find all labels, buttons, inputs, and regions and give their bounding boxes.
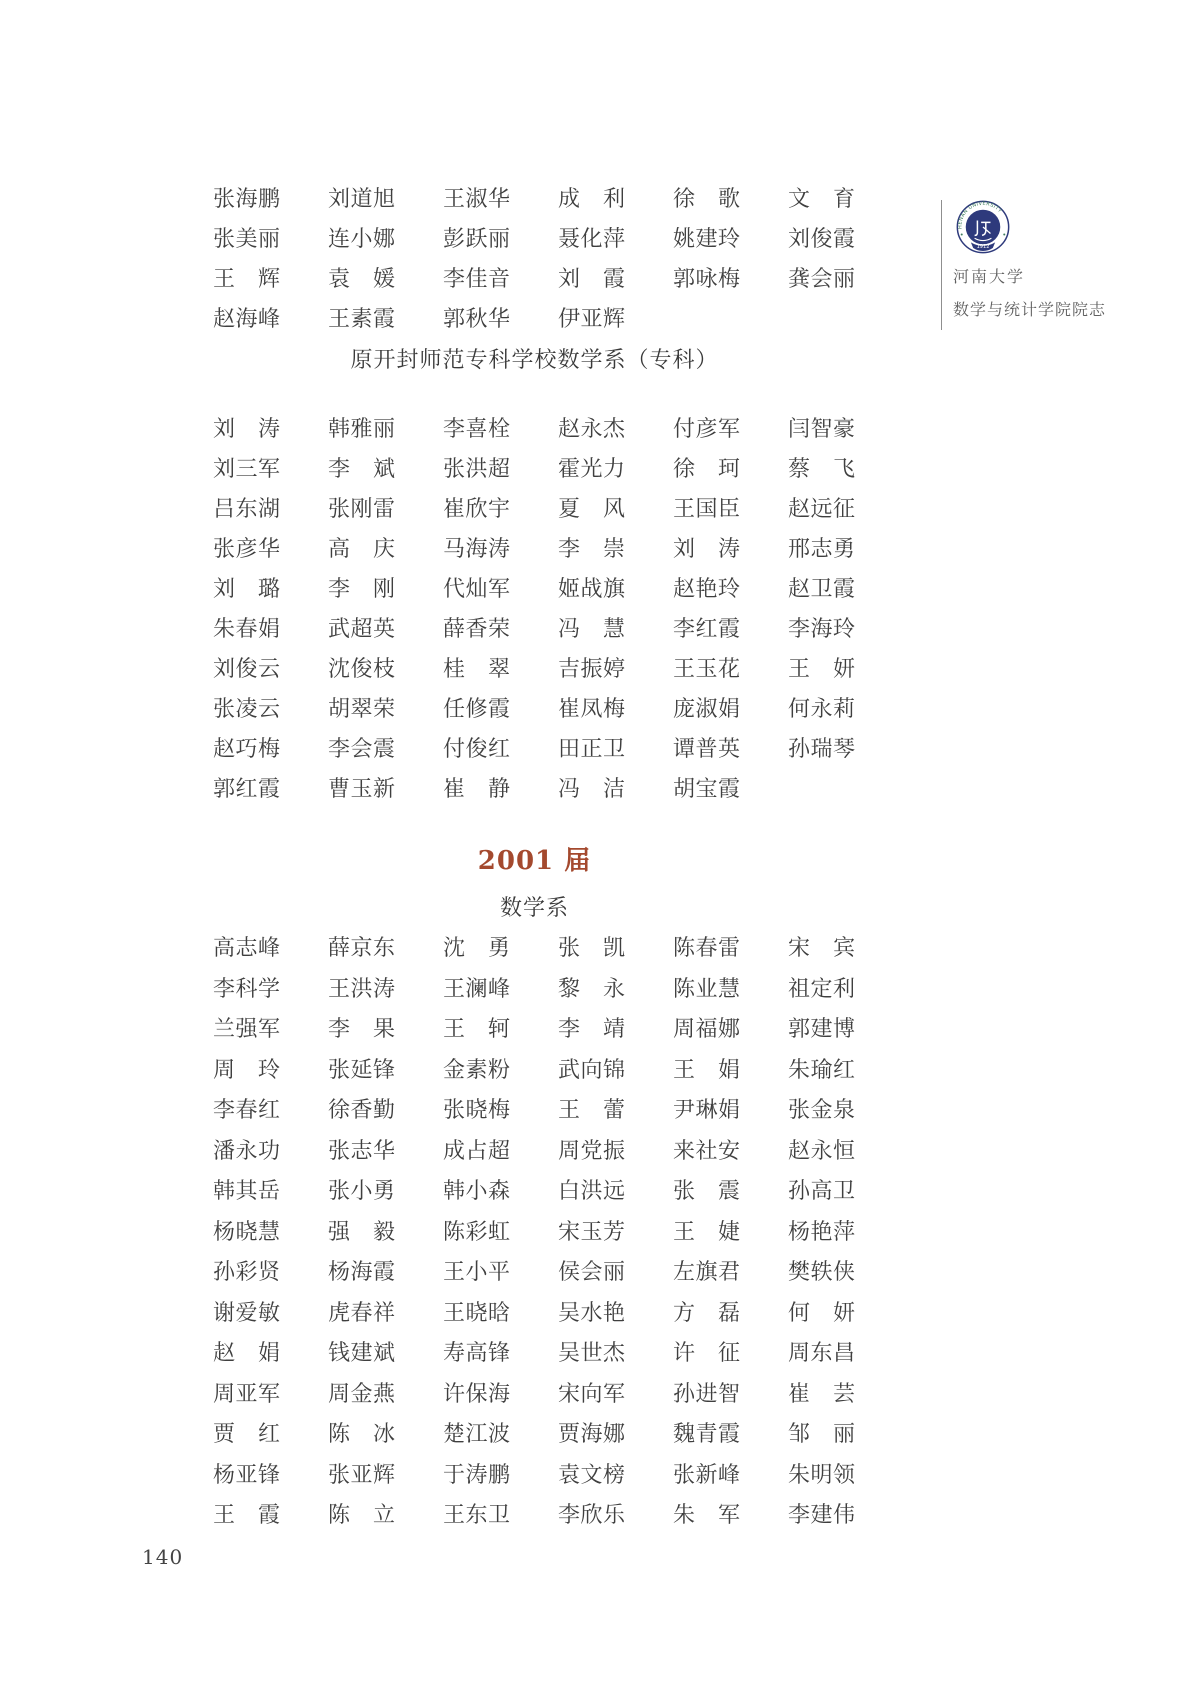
graduate-name: 寿高锋 bbox=[443, 1343, 511, 1365]
graduate-name: 陈 立 bbox=[328, 1505, 396, 1527]
graduate-name: 王 娟 bbox=[673, 1060, 741, 1082]
graduate-name: 袁 媛 bbox=[328, 269, 396, 291]
graduate-name: 成占超 bbox=[443, 1141, 511, 1163]
graduate-name: 周亚军 bbox=[213, 1384, 281, 1406]
graduate-name: 徐 珂 bbox=[673, 459, 741, 481]
graduate-name: 李会震 bbox=[328, 739, 396, 761]
graduate-name: 王素霞 bbox=[328, 309, 396, 331]
graduate-name: 王晓晗 bbox=[443, 1303, 511, 1325]
graduate-name: 楚江波 bbox=[443, 1424, 511, 1446]
graduate-name: 张洪超 bbox=[443, 459, 511, 481]
section-heading-kaifeng-normal-college: 原开封师范专科学校数学系（专科） bbox=[213, 343, 856, 374]
graduate-name: 李春红 bbox=[213, 1100, 281, 1122]
graduate-name: 魏青霞 bbox=[673, 1424, 741, 1446]
graduate-name: 张凌云 bbox=[213, 699, 281, 721]
graduate-name: 李海玲 bbox=[788, 619, 856, 641]
graduate-name: 李 崇 bbox=[558, 539, 626, 561]
graduate-name: 冯 洁 bbox=[558, 779, 626, 801]
graduate-name: 曹玉新 bbox=[328, 779, 396, 801]
graduate-name: 刘三军 bbox=[213, 459, 281, 481]
graduate-name: 宋向军 bbox=[558, 1384, 626, 1406]
graduate-name: 李 刚 bbox=[328, 579, 396, 601]
graduate-name: 霍光力 bbox=[558, 459, 626, 481]
graduate-name: 赵巧梅 bbox=[213, 739, 281, 761]
graduate-name: 王 蕾 bbox=[558, 1100, 626, 1122]
graduate-name: 薛香荣 bbox=[443, 619, 511, 641]
graduate-name: 桂 翠 bbox=[443, 659, 511, 681]
graduate-name: 李红霞 bbox=[673, 619, 741, 641]
graduate-name: 崔 静 bbox=[443, 779, 511, 801]
graduate-name: 邹 丽 bbox=[788, 1424, 856, 1446]
graduate-name: 赵远征 bbox=[788, 499, 856, 521]
graduate-name: 王东卫 bbox=[443, 1505, 511, 1527]
graduate-name: 刘 涛 bbox=[213, 419, 281, 441]
graduate-name: 金素粉 bbox=[443, 1060, 511, 1082]
graduate-name: 刘 璐 bbox=[213, 579, 281, 601]
henan-university-seal-icon: HENAN UNIVERSITY 1912 bbox=[955, 199, 1011, 255]
graduate-name: 崔 芸 bbox=[788, 1384, 856, 1406]
graduate-name: 付俊红 bbox=[443, 739, 511, 761]
graduate-name: 张彦华 bbox=[213, 539, 281, 561]
graduate-name: 钱建斌 bbox=[328, 1343, 396, 1365]
graduates-grid-kaifeng: 刘 涛韩雅丽李喜栓赵永杰付彦军闫智豪刘三军李 斌张洪超霍光力徐 珂蔡 飞吕东湖张… bbox=[213, 410, 913, 810]
graduate-name: 赵卫霞 bbox=[788, 579, 856, 601]
graduate-name: 崔凤梅 bbox=[558, 699, 626, 721]
graduate-name: 代灿军 bbox=[443, 579, 511, 601]
graduate-name: 李 斌 bbox=[328, 459, 396, 481]
graduate-name: 李 果 bbox=[328, 1019, 396, 1041]
graduates-grid-2001-math: 高志峰薛京东沈 勇张 凯陈春雷宋 宾李科学王洪涛王澜峰黎 永陈业慧祖定利兰强军李… bbox=[213, 929, 913, 1537]
graduate-name: 陈春雷 bbox=[673, 938, 741, 960]
graduate-name: 张海鹏 bbox=[213, 189, 281, 211]
book-page: 张海鹏刘道旭王淑华成 利徐 歌文 育张美丽连小娜彭跃丽聂化萍姚建玲刘俊霞王 辉袁… bbox=[0, 0, 1190, 1684]
graduate-name: 刘道旭 bbox=[328, 189, 396, 211]
sidebar-divider-line bbox=[941, 200, 942, 330]
graduate-name: 赵海峰 bbox=[213, 309, 281, 331]
graduate-name: 杨晓慧 bbox=[213, 1222, 281, 1244]
graduate-name: 韩小森 bbox=[443, 1181, 511, 1203]
graduate-name: 王淑华 bbox=[443, 189, 511, 211]
graduate-name: 黎 永 bbox=[558, 979, 626, 1001]
graduate-name: 文 育 bbox=[788, 189, 856, 211]
graduate-name: 陈业慧 bbox=[673, 979, 741, 1001]
graduate-name: 张亚辉 bbox=[328, 1465, 396, 1487]
graduate-name: 张晓梅 bbox=[443, 1100, 511, 1122]
graduate-name: 强 毅 bbox=[328, 1222, 396, 1244]
graduate-name: 张志华 bbox=[328, 1141, 396, 1163]
graduate-name: 张刚雷 bbox=[328, 499, 396, 521]
graduate-name: 谢爱敏 bbox=[213, 1303, 281, 1325]
graduate-name: 朱春娟 bbox=[213, 619, 281, 641]
graduate-name: 高志峰 bbox=[213, 938, 281, 960]
graduate-name: 李建伟 bbox=[788, 1505, 856, 1527]
graduate-name: 杨艳萍 bbox=[788, 1222, 856, 1244]
graduate-name: 朱明领 bbox=[788, 1465, 856, 1487]
graduate-name: 吴世杰 bbox=[558, 1343, 626, 1365]
page-number: 140 bbox=[142, 1545, 183, 1569]
graduate-name: 虎春祥 bbox=[328, 1303, 396, 1325]
graduate-name: 刘 涛 bbox=[673, 539, 741, 561]
graduate-name: 刘俊霞 bbox=[788, 229, 856, 251]
graduate-name: 王澜峰 bbox=[443, 979, 511, 1001]
graduate-name: 杨海霞 bbox=[328, 1262, 396, 1284]
graduate-name: 张金泉 bbox=[788, 1100, 856, 1122]
graduate-name: 吴水艳 bbox=[558, 1303, 626, 1325]
graduate-name: 贾 红 bbox=[213, 1424, 281, 1446]
graduate-name: 左旗君 bbox=[673, 1262, 741, 1284]
graduate-name: 潘永功 bbox=[213, 1141, 281, 1163]
graduate-name: 姚建玲 bbox=[673, 229, 741, 251]
graduate-name: 沈 勇 bbox=[443, 938, 511, 960]
graduate-name: 何永莉 bbox=[788, 699, 856, 721]
graduate-name: 马海涛 bbox=[443, 539, 511, 561]
graduate-name: 谭普英 bbox=[673, 739, 741, 761]
graduate-name: 方 磊 bbox=[673, 1303, 741, 1325]
graduate-name: 王玉花 bbox=[673, 659, 741, 681]
graduate-name: 杨亚锋 bbox=[213, 1465, 281, 1487]
graduate-name: 田正卫 bbox=[558, 739, 626, 761]
graduate-name: 陈 冰 bbox=[328, 1424, 396, 1446]
graduate-name: 连小娜 bbox=[328, 229, 396, 251]
graduate-name: 何 妍 bbox=[788, 1303, 856, 1325]
graduate-name: 闫智豪 bbox=[788, 419, 856, 441]
graduate-name: 任修霞 bbox=[443, 699, 511, 721]
graduate-name: 胡翠荣 bbox=[328, 699, 396, 721]
graduate-name: 高 庆 bbox=[328, 539, 396, 561]
graduate-name: 韩雅丽 bbox=[328, 419, 396, 441]
graduate-name: 孙高卫 bbox=[788, 1181, 856, 1203]
graduate-name: 宋玉芳 bbox=[558, 1222, 626, 1244]
graduate-name: 薛京东 bbox=[328, 938, 396, 960]
graduate-name: 侯会丽 bbox=[558, 1262, 626, 1284]
graduate-name: 郭红霞 bbox=[213, 779, 281, 801]
graduate-name: 庞淑娟 bbox=[673, 699, 741, 721]
graduate-name: 尹琳娟 bbox=[673, 1100, 741, 1122]
graduate-name: 王 妍 bbox=[788, 659, 856, 681]
graduate-name: 张新峰 bbox=[673, 1465, 741, 1487]
graduate-name: 刘 霞 bbox=[558, 269, 626, 291]
graduate-name: 刘俊云 bbox=[213, 659, 281, 681]
graduate-name: 郭咏梅 bbox=[673, 269, 741, 291]
graduate-name: 孙彩贤 bbox=[213, 1262, 281, 1284]
graduate-name: 武超英 bbox=[328, 619, 396, 641]
sidebar-book-title: 数学与统计学院院志 bbox=[953, 297, 1106, 320]
graduate-name: 付彦军 bbox=[673, 419, 741, 441]
graduate-name: 郭秋华 bbox=[443, 309, 511, 331]
graduate-name: 徐 歌 bbox=[673, 189, 741, 211]
graduate-name: 陈彩虹 bbox=[443, 1222, 511, 1244]
graduate-name: 兰强军 bbox=[213, 1019, 281, 1041]
graduate-name: 夏 风 bbox=[558, 499, 626, 521]
graduate-name: 樊轶侠 bbox=[788, 1262, 856, 1284]
graduate-name: 赵永杰 bbox=[558, 419, 626, 441]
graduate-name: 宋 宾 bbox=[788, 938, 856, 960]
graduate-name: 崔欣宇 bbox=[443, 499, 511, 521]
graduate-name: 周福娜 bbox=[673, 1019, 741, 1041]
graduates-grid-continued: 张海鹏刘道旭王淑华成 利徐 歌文 育张美丽连小娜彭跃丽聂化萍姚建玲刘俊霞王 辉袁… bbox=[213, 180, 913, 340]
graduate-name: 张 凯 bbox=[558, 938, 626, 960]
graduate-name: 武向锦 bbox=[558, 1060, 626, 1082]
graduate-name: 赵艳玲 bbox=[673, 579, 741, 601]
graduate-name: 朱瑜红 bbox=[788, 1060, 856, 1082]
graduate-name: 朱 军 bbox=[673, 1505, 741, 1527]
graduate-name: 赵 娟 bbox=[213, 1343, 281, 1365]
graduate-name: 李 靖 bbox=[558, 1019, 626, 1041]
graduate-name: 周 玲 bbox=[213, 1060, 281, 1082]
graduate-name: 徐香勤 bbox=[328, 1100, 396, 1122]
graduate-name: 白洪远 bbox=[558, 1181, 626, 1203]
graduate-name: 张小勇 bbox=[328, 1181, 396, 1203]
graduate-name: 姬战旗 bbox=[558, 579, 626, 601]
graduate-name: 王 婕 bbox=[673, 1222, 741, 1244]
graduate-name: 吉振婷 bbox=[558, 659, 626, 681]
graduate-name: 许 征 bbox=[673, 1343, 741, 1365]
graduate-name: 成 利 bbox=[558, 189, 626, 211]
graduate-name: 李佳音 bbox=[443, 269, 511, 291]
graduate-name: 贾海娜 bbox=[558, 1424, 626, 1446]
graduate-name: 祖定利 bbox=[788, 979, 856, 1001]
graduate-name: 邢志勇 bbox=[788, 539, 856, 561]
graduate-name: 冯 慧 bbox=[558, 619, 626, 641]
graduate-name: 于涛鹏 bbox=[443, 1465, 511, 1487]
graduate-name: 吕东湖 bbox=[213, 499, 281, 521]
graduate-name: 沈俊枝 bbox=[328, 659, 396, 681]
graduate-name: 王 霞 bbox=[213, 1505, 281, 1527]
graduate-name: 王小平 bbox=[443, 1262, 511, 1284]
graduate-name: 王洪涛 bbox=[328, 979, 396, 1001]
graduate-name: 袁文榜 bbox=[558, 1465, 626, 1487]
seal-year-text: 1912 bbox=[977, 244, 990, 250]
department-heading-math: 数学系 bbox=[213, 891, 856, 922]
graduate-name: 周东昌 bbox=[788, 1343, 856, 1365]
graduate-name: 赵永恒 bbox=[788, 1141, 856, 1163]
graduate-name: 张 震 bbox=[673, 1181, 741, 1203]
graduate-name: 王 轲 bbox=[443, 1019, 511, 1041]
sidebar-university-name: 河南大学 bbox=[953, 264, 1025, 287]
graduate-name: 李喜栓 bbox=[443, 419, 511, 441]
graduate-name: 李欣乐 bbox=[558, 1505, 626, 1527]
graduate-name: 胡宝霞 bbox=[673, 779, 741, 801]
graduate-name: 张延锋 bbox=[328, 1060, 396, 1082]
graduate-name: 来社安 bbox=[673, 1141, 741, 1163]
graduate-name: 张美丽 bbox=[213, 229, 281, 251]
graduate-name: 龚会丽 bbox=[788, 269, 856, 291]
year-heading-2001: 2001 届 bbox=[213, 840, 856, 877]
graduate-name: 孙进智 bbox=[673, 1384, 741, 1406]
graduate-name: 周党振 bbox=[558, 1141, 626, 1163]
graduate-name: 聂化萍 bbox=[558, 229, 626, 251]
graduate-name: 王国臣 bbox=[673, 499, 741, 521]
graduate-name: 王 辉 bbox=[213, 269, 281, 291]
graduate-name: 孙瑞琴 bbox=[788, 739, 856, 761]
graduate-name: 彭跃丽 bbox=[443, 229, 511, 251]
graduate-name: 许保海 bbox=[443, 1384, 511, 1406]
graduate-name: 李科学 bbox=[213, 979, 281, 1001]
graduate-name: 伊亚辉 bbox=[558, 309, 626, 331]
graduate-name: 韩其岳 bbox=[213, 1181, 281, 1203]
graduate-name: 周金燕 bbox=[328, 1384, 396, 1406]
graduate-name: 蔡 飞 bbox=[788, 459, 856, 481]
graduate-name: 郭建博 bbox=[788, 1019, 856, 1041]
